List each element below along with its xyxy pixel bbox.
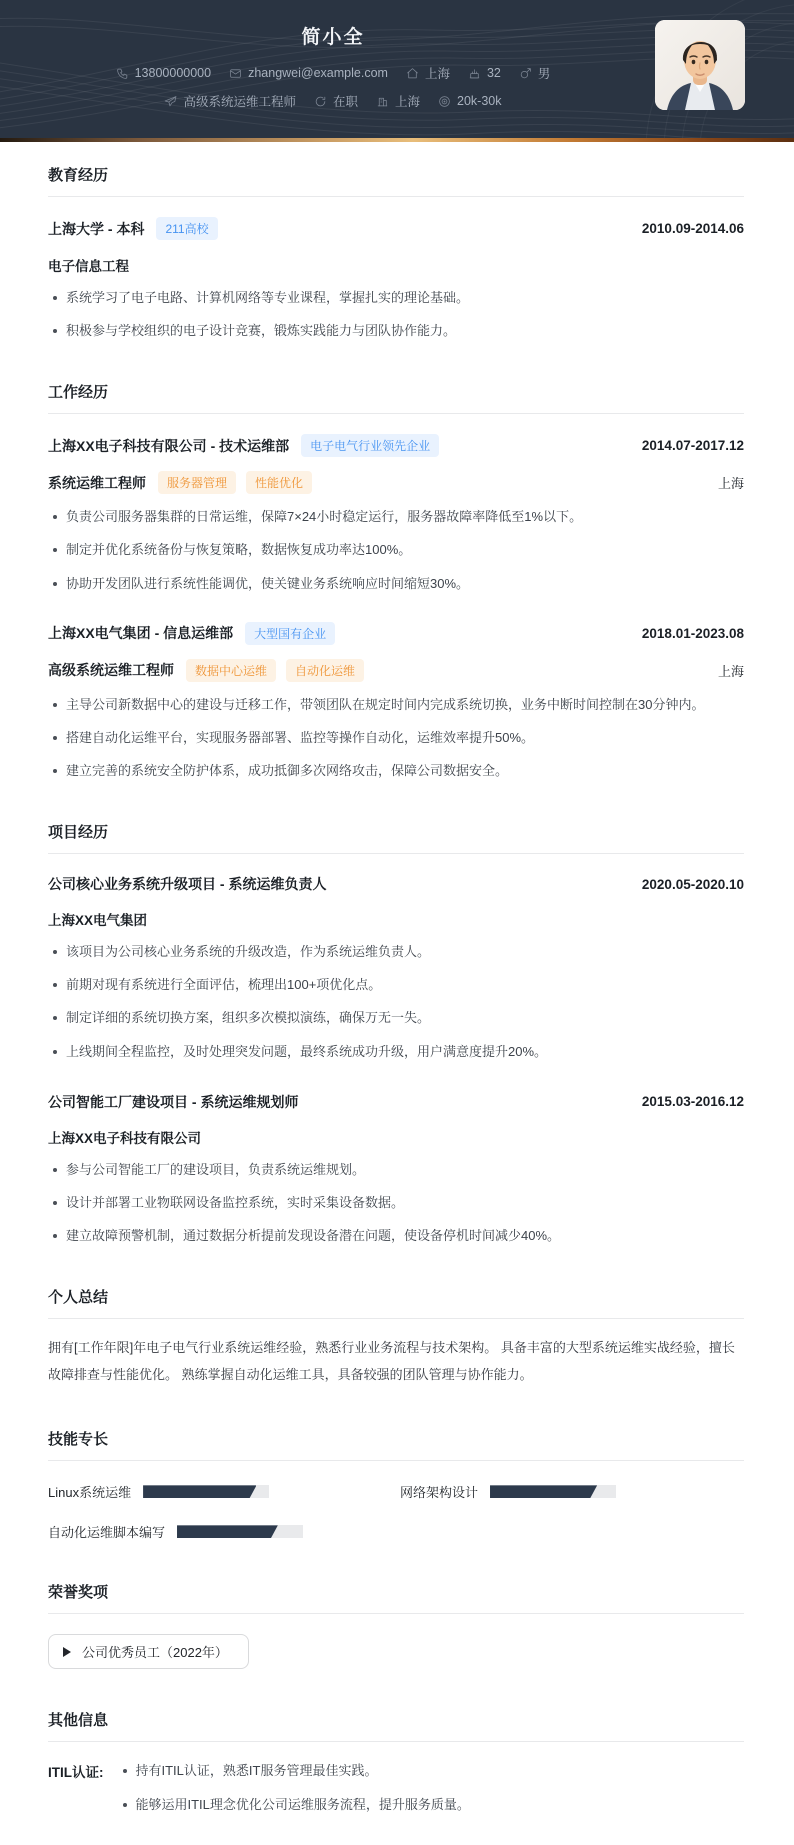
skill-progress-fill [143,1485,256,1498]
skill-item: 网络架构设计 [400,1482,744,1501]
project-bullets: 该项目为公司核心业务系统的升级改造，作为系统运维负责人。 前期对现有系统进行全面… [48,942,744,1062]
job-status-value: 在职 [333,92,358,110]
company-name: 上海XX电子科技有限公司 - 技术运维部 [48,436,289,456]
section-work: 工作经历 上海XX电子科技有限公司 - 技术运维部 电子电气行业领先企业 201… [48,381,744,781]
gender-icon [519,67,532,80]
role-tag: 服务器管理 [158,471,236,494]
section-title-summary: 个人总结 [48,1286,744,1319]
project-name: 公司核心业务系统升级项目 - 系统运维负责人 [48,874,326,894]
education-date: 2010.09-2014.06 [642,221,744,236]
work-city-field: 上海 [376,92,420,110]
section-title-education: 教育经历 [48,164,744,197]
work-entry-1: 上海XX电子科技有限公司 - 技术运维部 电子电气行业领先企业 2014.07-… [48,434,744,593]
list-item: 负责公司服务器集群的日常运维，保障7×24小时稳定运行，服务器故障率降低至1%以… [48,507,744,527]
education-major: 电子信息工程 [48,255,744,275]
section-education: 教育经历 上海大学 - 本科 211高校 2010.09-2014.06 电子信… [48,164,744,341]
list-item: 积极参与学校组织的电子设计竞赛，锻炼实践能力与团队协作能力。 [48,321,744,341]
section-skills: 技能专长 Linux系统运维 网络架构设计 自动化运维脚本编写 [48,1428,744,1541]
other-info-row: ITIL认证: 持有ITIL认证，熟悉IT服务管理最佳实践。 能够运用ITIL理… [48,1748,744,1814]
project-entry-2: 公司智能工厂建设项目 - 系统运维规划师 2015.03-2016.12 上海X… [48,1092,744,1246]
home-city-field: 上海 [406,64,450,82]
summary-text: 拥有[工作年限]年电子电气行业系统运维经验，熟悉行业业务流程与技术架构。 具备丰… [48,1335,744,1388]
salary-field: 20k-30k [438,94,501,108]
header-content: 简小全 13800000000 zhangwei@example.com [0,0,666,110]
section-summary: 个人总结 拥有[工作年限]年电子电气行业系统运维经验，熟悉行业业务流程与技术架构… [48,1286,744,1388]
project-bullets: 参与公司智能工厂的建设项目，负责系统运维规划。 设计并部署工业物联网设备监控系统… [48,1160,744,1246]
job-status-icon [314,95,327,108]
list-item: 制定并优化系统备份与恢复策略，数据恢复成功率达100%。 [48,540,744,560]
list-item: 搭建自动化运维平台，实现服务器部署、监控等操作自动化，运维效率提升50%。 [48,728,744,748]
resume-header: 简小全 13800000000 zhangwei@example.com [0,0,794,138]
company-tag: 大型国有企业 [245,622,335,645]
gender-field: 男 [519,64,551,82]
company-name: 上海XX电气集团 - 信息运维部 [48,623,233,643]
honor-label: 公司优秀员工（2022年） [82,1642,228,1661]
email-field: zhangwei@example.com [229,66,388,80]
skill-progress-bar [143,1485,269,1498]
work-role-row: 高级系统运维工程师 数据中心运维 自动化运维 上海 [48,659,744,682]
gender-value: 男 [538,64,551,82]
section-title-projects: 项目经历 [48,821,744,854]
list-item: 制定详细的系统切换方案，组织多次模拟演练，确保万无一失。 [48,1008,744,1028]
list-item: 参与公司智能工厂的建设项目，负责系统运维规划。 [48,1160,744,1180]
work-location: 上海 [718,661,744,680]
list-item: 系统学习了电子电路、计算机网络等专业课程，掌握扎实的理论基础。 [48,288,744,308]
job-status-field: 在职 [314,92,358,110]
other-bullets: 持有ITIL认证，熟悉IT服务管理最佳实践。 能够运用ITIL理念优化公司运维服… [118,1748,745,1814]
work-role-row: 系统运维工程师 服务器管理 性能优化 上海 [48,471,744,494]
company-tag: 电子电气行业领先企业 [301,434,439,457]
resume-body: 教育经历 上海大学 - 本科 211高校 2010.09-2014.06 电子信… [0,142,794,1845]
skill-label: 网络架构设计 [400,1482,478,1501]
role-tag: 性能优化 [246,471,312,494]
home-icon [406,67,419,80]
school-tag: 211高校 [156,217,217,240]
work-entry-header: 上海XX电气集团 - 信息运维部 大型国有企业 2018.01-2023.08 [48,622,744,645]
age-field: 32 [468,66,501,80]
list-item: 设计并部署工业物联网设备监控系统，实时采集设备数据。 [48,1193,744,1213]
section-other: 其他信息 ITIL认证: 持有ITIL认证，熟悉IT服务管理最佳实践。 能够运用… [48,1709,744,1814]
home-city-value: 上海 [425,64,450,82]
project-entry-1: 公司核心业务系统升级项目 - 系统运维负责人 2020.05-2020.10 上… [48,874,744,1062]
skill-progress-fill [490,1485,597,1498]
skill-item: 自动化运维脚本编写 [48,1522,400,1541]
skill-item: Linux系统运维 [48,1482,400,1501]
honor-expand-item[interactable]: 公司优秀员工（2022年） [48,1634,249,1669]
resume-page: 简小全 13800000000 zhangwei@example.com [0,0,794,1845]
phone-field: 13800000000 [116,66,211,80]
project-date: 2020.05-2020.10 [642,877,744,892]
work-city-value: 上海 [395,92,420,110]
work-bullets: 主导公司新数据中心的建设与迁移工作，带领团队在规定时间内完成系统切换，业务中断时… [48,695,744,781]
project-date: 2015.03-2016.12 [642,1094,744,1109]
work-date: 2014.07-2017.12 [642,438,744,453]
salary-icon [438,95,451,108]
age-icon [468,67,481,80]
city-icon [376,95,389,108]
work-bullets: 负责公司服务器集群的日常运维，保障7×24小时稳定运行，服务器故障率降低至1%以… [48,507,744,593]
list-item: 上线期间全程监控，及时处理突发问题，最终系统成功升级，用户满意度提升20%。 [48,1042,744,1062]
job-title-icon [164,95,177,108]
section-title-other: 其他信息 [48,1709,744,1742]
email-value: zhangwei@example.com [248,66,388,80]
list-item: 前期对现有系统进行全面评估，梳理出100+项优化点。 [48,975,744,995]
contact-row-primary: 13800000000 zhangwei@example.com 上海 [0,64,666,82]
other-info-label: ITIL认证: [48,1761,104,1814]
school-name: 上海大学 - 本科 [48,219,144,239]
profile-photo [655,20,745,110]
project-entry-header: 公司核心业务系统升级项目 - 系统运维负责人 2020.05-2020.10 [48,874,744,894]
job-title-field: 高级系统运维工程师 [164,92,296,110]
salary-value: 20k-30k [457,94,501,108]
education-entry-header: 上海大学 - 本科 211高校 2010.09-2014.06 [48,217,744,240]
contact-row-secondary: 高级系统运维工程师 在职 上海 [0,92,666,110]
list-item: 主导公司新数据中心的建设与迁移工作，带领团队在规定时间内完成系统切换，业务中断时… [48,695,744,715]
age-value: 32 [487,66,501,80]
section-title-work: 工作经历 [48,381,744,414]
skill-progress-fill [177,1525,278,1538]
section-projects: 项目经历 公司核心业务系统升级项目 - 系统运维负责人 2020.05-2020… [48,821,744,1246]
list-item: 建立完善的系统安全防护体系，成功抵御多次网络攻击，保障公司数据安全。 [48,761,744,781]
work-entry-2: 上海XX电气集团 - 信息运维部 大型国有企业 2018.01-2023.08 … [48,622,744,781]
work-date: 2018.01-2023.08 [642,626,744,641]
role-title: 系统运维工程师 [48,473,146,493]
list-item: 协助开发团队进行系统性能调优，使关键业务系统响应时间缩短30%。 [48,574,744,594]
candidate-name: 简小全 [0,22,666,49]
mail-icon [229,67,242,80]
skill-progress-bar [177,1525,303,1538]
project-org: 上海XX电气集团 [48,909,744,929]
skill-progress-bar [490,1485,616,1498]
role-title: 高级系统运维工程师 [48,660,174,680]
work-location: 上海 [718,473,744,492]
job-title-value: 高级系统运维工程师 [183,92,296,110]
project-org: 上海XX电子科技有限公司 [48,1127,744,1147]
phone-value: 13800000000 [135,66,211,80]
skill-label: 自动化运维脚本编写 [48,1522,165,1541]
role-tag: 自动化运维 [286,659,364,682]
list-item: 持有ITIL认证，熟悉IT服务管理最佳实践。 [118,1761,745,1781]
section-title-honors: 荣誉奖项 [48,1581,744,1614]
section-title-skills: 技能专长 [48,1428,744,1461]
project-name: 公司智能工厂建设项目 - 系统运维规划师 [48,1092,298,1112]
list-item: 建立故障预警机制，通过数据分析提前发现设备潜在问题，使设备停机时间减少40%。 [48,1226,744,1246]
work-entry-header: 上海XX电子科技有限公司 - 技术运维部 电子电气行业领先企业 2014.07-… [48,434,744,457]
phone-icon [116,67,129,80]
role-tag: 数据中心运维 [186,659,276,682]
project-entry-header: 公司智能工厂建设项目 - 系统运维规划师 2015.03-2016.12 [48,1092,744,1112]
list-item: 该项目为公司核心业务系统的升级改造，作为系统运维负责人。 [48,942,744,962]
skills-grid: Linux系统运维 网络架构设计 自动化运维脚本编写 [48,1482,744,1541]
education-bullets: 系统学习了电子电路、计算机网络等专业课程，掌握扎实的理论基础。 积极参与学校组织… [48,288,744,341]
skill-label: Linux系统运维 [48,1482,131,1501]
triangle-bullet-icon [63,1647,71,1657]
section-honors: 荣誉奖项 公司优秀员工（2022年） [48,1581,744,1669]
list-item: 能够运用ITIL理念优化公司运维服务流程，提升服务质量。 [118,1795,745,1815]
